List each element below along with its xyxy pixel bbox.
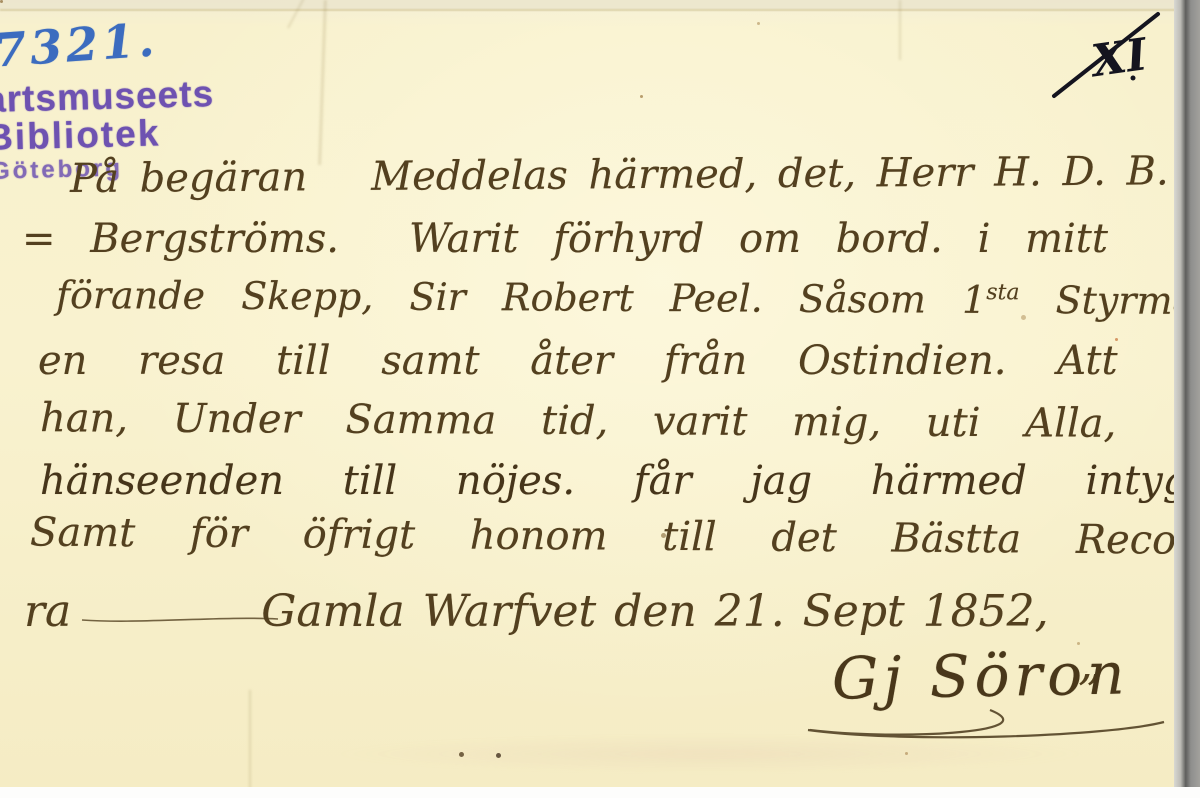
ordinal-superscript: sta bbox=[986, 280, 1019, 305]
letter-line: förande Skepp, Sir Robert Peel. Såsom 1s… bbox=[56, 273, 1200, 323]
line-text: Meddelas härmed, det, Herr H. D. B. = bbox=[371, 148, 1200, 200]
line-text: ra bbox=[24, 586, 71, 637]
dateline-text: Gamla Warfvet den 21. Sept 1852, bbox=[261, 586, 1048, 637]
letter-line: en resa till samt åter från Ostindien. A… bbox=[38, 338, 1118, 384]
letter-line: han, Under Samma tid, varit mig, uti All… bbox=[40, 395, 1116, 447]
folio-mark-text: XI bbox=[1086, 29, 1152, 88]
line-text: förande Skepp, Sir Robert Peel. Såsom 1 bbox=[56, 273, 986, 322]
foxing-spots bbox=[0, 0, 3, 3]
folio-mark-icon: XI bbox=[1040, 8, 1180, 103]
line-text: Warit förhyrd om bord. i mitt bbox=[409, 216, 1108, 262]
line-text: en resa till samt åter från Ostindien. A… bbox=[38, 338, 1118, 384]
line-text: Samt för öfrigt honom till det Bästta Re… bbox=[30, 510, 1200, 565]
signature-flourish bbox=[690, 700, 1170, 746]
letter-line: På begäranMeddelas härmed, det, Herr H. … bbox=[70, 148, 1200, 202]
line-text: Styrman bbox=[1019, 278, 1200, 323]
stamp-line-library: Bibliotek bbox=[0, 113, 216, 157]
scan-edge-right bbox=[1174, 0, 1200, 798]
accession-number: 7321. bbox=[0, 12, 160, 77]
line-text: han, Under Samma tid, varit mig, uti All… bbox=[40, 395, 1116, 447]
fold-crease bbox=[899, 0, 901, 60]
stamp-line-museum: artsmuseets bbox=[0, 75, 215, 119]
letter-line: Samt för öfrigt honom till det Bästta Re… bbox=[30, 510, 1200, 565]
scanned-letter-page: 7321. artsmuseets Bibliotek Göteborg XI … bbox=[0, 0, 1200, 798]
letter-line: hänseenden till nöjes. får jag härmed in… bbox=[40, 458, 1200, 504]
letter-line: = Bergströms.Warit förhyrd om bord. i mi… bbox=[22, 216, 1108, 262]
paper-top-strip bbox=[0, 0, 1176, 9]
line-text: = Bergströms. bbox=[22, 216, 339, 262]
line-text: På begäran bbox=[70, 154, 307, 202]
pen-flourish bbox=[80, 614, 280, 624]
line-text: hänseenden till nöjes. får jag härmed in… bbox=[40, 458, 1200, 504]
paper-top-edge bbox=[0, 9, 1176, 11]
scan-edge-bottom bbox=[0, 787, 1200, 798]
fold-crease bbox=[249, 690, 251, 790]
letter-dateline: raGamla Warfvet den 21. Sept 1852, bbox=[24, 586, 1049, 637]
fold-crease bbox=[318, 0, 327, 165]
